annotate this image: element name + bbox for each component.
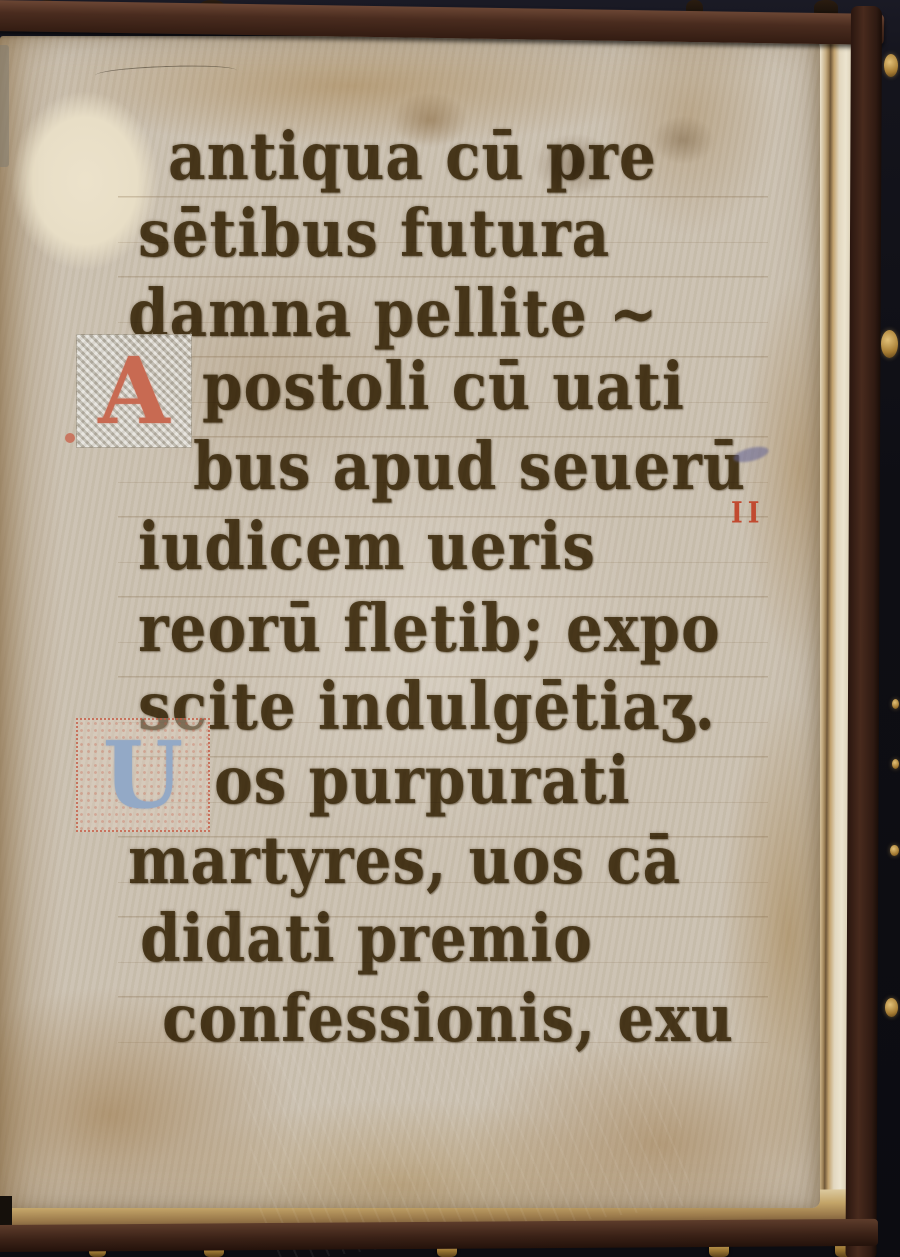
text-line: iudicem ueris bbox=[138, 508, 596, 585]
manuscript-photo: antiqua cū pre sētibus futura damna pell… bbox=[0, 0, 900, 1257]
text-line: postoli cū uati bbox=[202, 348, 685, 425]
text-line: damna pellite ~ bbox=[128, 275, 659, 352]
text-line: martyres, uos cā bbox=[128, 822, 681, 899]
brass-fitting-icon bbox=[881, 330, 898, 358]
spine-edge bbox=[0, 45, 9, 167]
brass-fitting-icon bbox=[892, 759, 899, 769]
pen-hairline bbox=[95, 64, 237, 83]
brass-fitting-icon bbox=[892, 699, 899, 709]
initial-a: A bbox=[98, 337, 169, 445]
text-line: os purpurati bbox=[214, 742, 631, 819]
brass-fitting-icon bbox=[890, 845, 899, 856]
text-line: antiqua cū pre bbox=[168, 118, 657, 195]
initial-u: U bbox=[103, 721, 183, 829]
text-line: reorū fletib; expo bbox=[138, 590, 721, 667]
text-line: confessionis, exu bbox=[162, 980, 734, 1057]
brass-fitting-icon bbox=[884, 54, 898, 77]
brass-fitting-icon bbox=[885, 998, 898, 1017]
book-cover-right-edge bbox=[846, 6, 882, 1257]
initial-a-panel: A bbox=[76, 334, 192, 448]
text-line: bus apud seuerū bbox=[193, 428, 746, 505]
initial-u-panel: U bbox=[76, 718, 210, 832]
book-cover-bottom-edge bbox=[0, 1219, 878, 1252]
text-line: scite indulgētiaʒ. bbox=[138, 668, 716, 745]
folio-number: II bbox=[731, 496, 764, 529]
parchment-page: antiqua cū pre sētibus futura damna pell… bbox=[0, 36, 820, 1208]
text-line: didati premio bbox=[140, 900, 593, 977]
text-line: sētibus futura bbox=[138, 195, 610, 272]
